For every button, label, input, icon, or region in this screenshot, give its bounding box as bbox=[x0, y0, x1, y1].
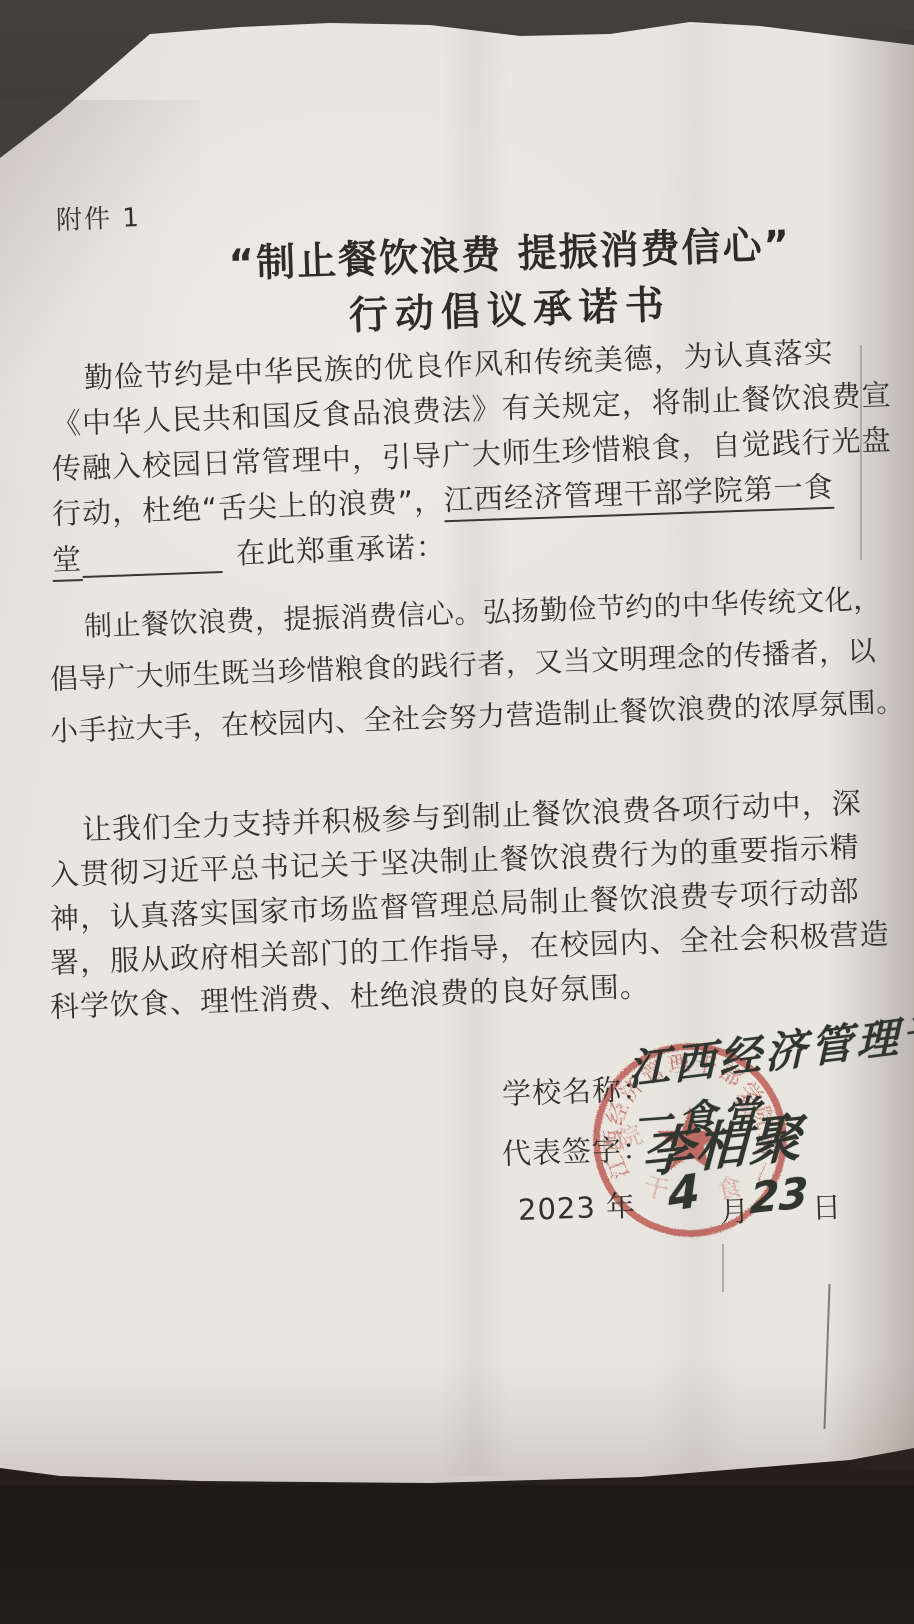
photo-of-document: 附件 1 “制止餐饮浪费 提振消费信心” 行动倡议承诺书 勤俭节约是中华民族的优… bbox=[0, 0, 914, 1624]
handwritten-month: 4 bbox=[667, 1163, 701, 1222]
date-year: 2023 年 bbox=[517, 1184, 636, 1229]
paper-small-mark bbox=[722, 1244, 724, 1292]
paper-crease-line bbox=[860, 345, 862, 560]
handwritten-day: 23 bbox=[749, 1168, 809, 1224]
representative-signature-label: 代表签字： bbox=[501, 1127, 652, 1173]
attachment-label: 附件 1 bbox=[55, 197, 141, 237]
date-month-label: 月 bbox=[719, 1189, 750, 1231]
date-day-label: 日 bbox=[811, 1185, 842, 1227]
blank-underline bbox=[82, 542, 223, 578]
paragraph1-line5-text: 在此郑重承诺： bbox=[235, 529, 446, 570]
filled-blank-school-name-cont: 堂 bbox=[51, 542, 82, 582]
